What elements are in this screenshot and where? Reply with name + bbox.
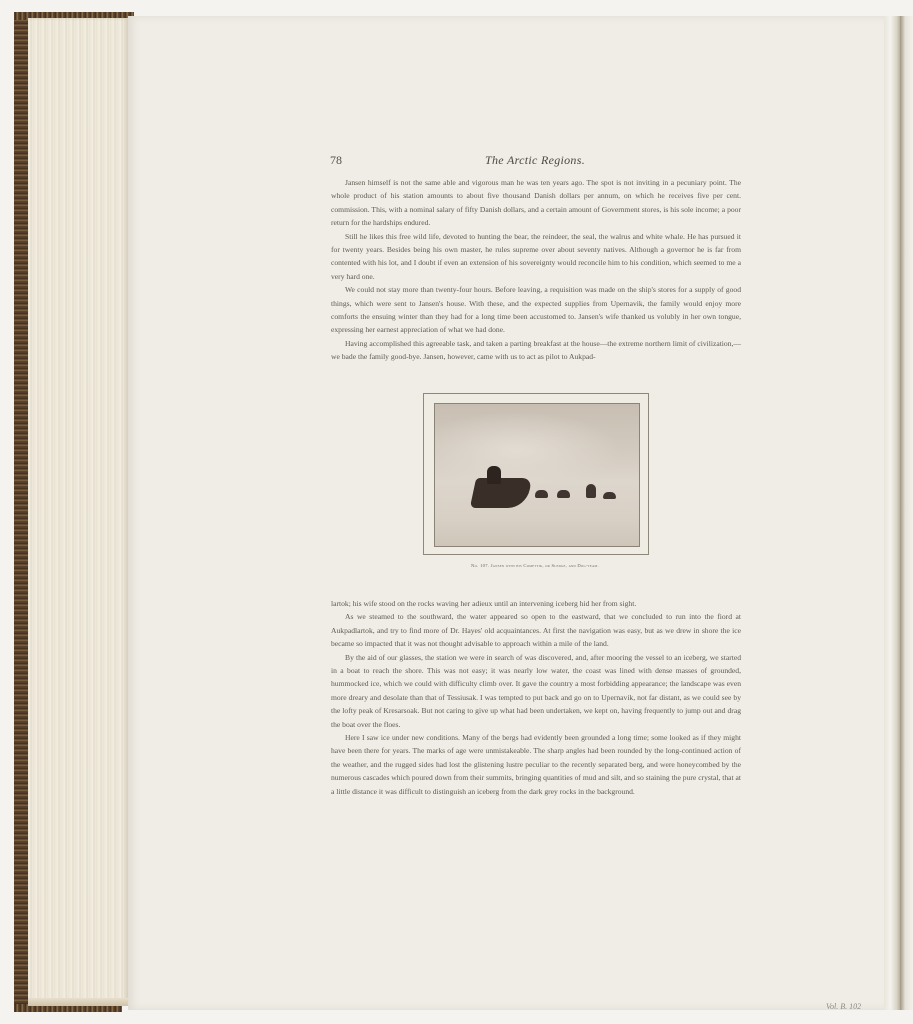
driver-figure: [487, 466, 501, 484]
dog-figure: [535, 490, 548, 498]
paragraph: lartok; his wife stood on the rocks wavi…: [331, 597, 741, 610]
pencil-annotation: Vol. B. 102: [826, 1002, 861, 1011]
plate-caption: No. 107. Jansen with his Comettik, or Sl…: [423, 563, 647, 568]
page-header: 78 The Arctic Regions.: [330, 153, 740, 171]
paragraph: Jansen himself is not the same able and …: [331, 176, 741, 230]
body-text-top: Jansen himself is not the same able and …: [331, 176, 741, 364]
paragraph: Still he likes this free wild life, devo…: [331, 230, 741, 284]
dog-figure: [586, 484, 596, 498]
running-title: The Arctic Regions.: [330, 153, 740, 168]
page-gutter: [884, 16, 900, 1010]
stacked-page-edges: [28, 18, 128, 1006]
paragraph: Having accomplished this agreeable task,…: [331, 337, 741, 364]
dog-figure: [557, 490, 570, 498]
photograph: [434, 403, 640, 547]
sledge-figure: [470, 478, 532, 508]
paragraph: By the aid of our glasses, the station w…: [331, 651, 741, 731]
paragraph: Here I saw ice under new conditions. Man…: [331, 731, 741, 798]
photo-sky: [435, 404, 639, 482]
facing-page-edge: [900, 16, 913, 1010]
body-text-bottom: lartok; his wife stood on the rocks wavi…: [331, 597, 741, 798]
page-edges-bottom: [28, 998, 128, 1006]
paragraph: As we steamed to the southward, the wate…: [331, 610, 741, 650]
dog-figure: [603, 492, 616, 499]
photo-plate: [423, 393, 649, 555]
book-binding-spine-edge: [14, 12, 28, 1012]
paragraph: We could not stay more than twenty-four …: [331, 283, 741, 337]
